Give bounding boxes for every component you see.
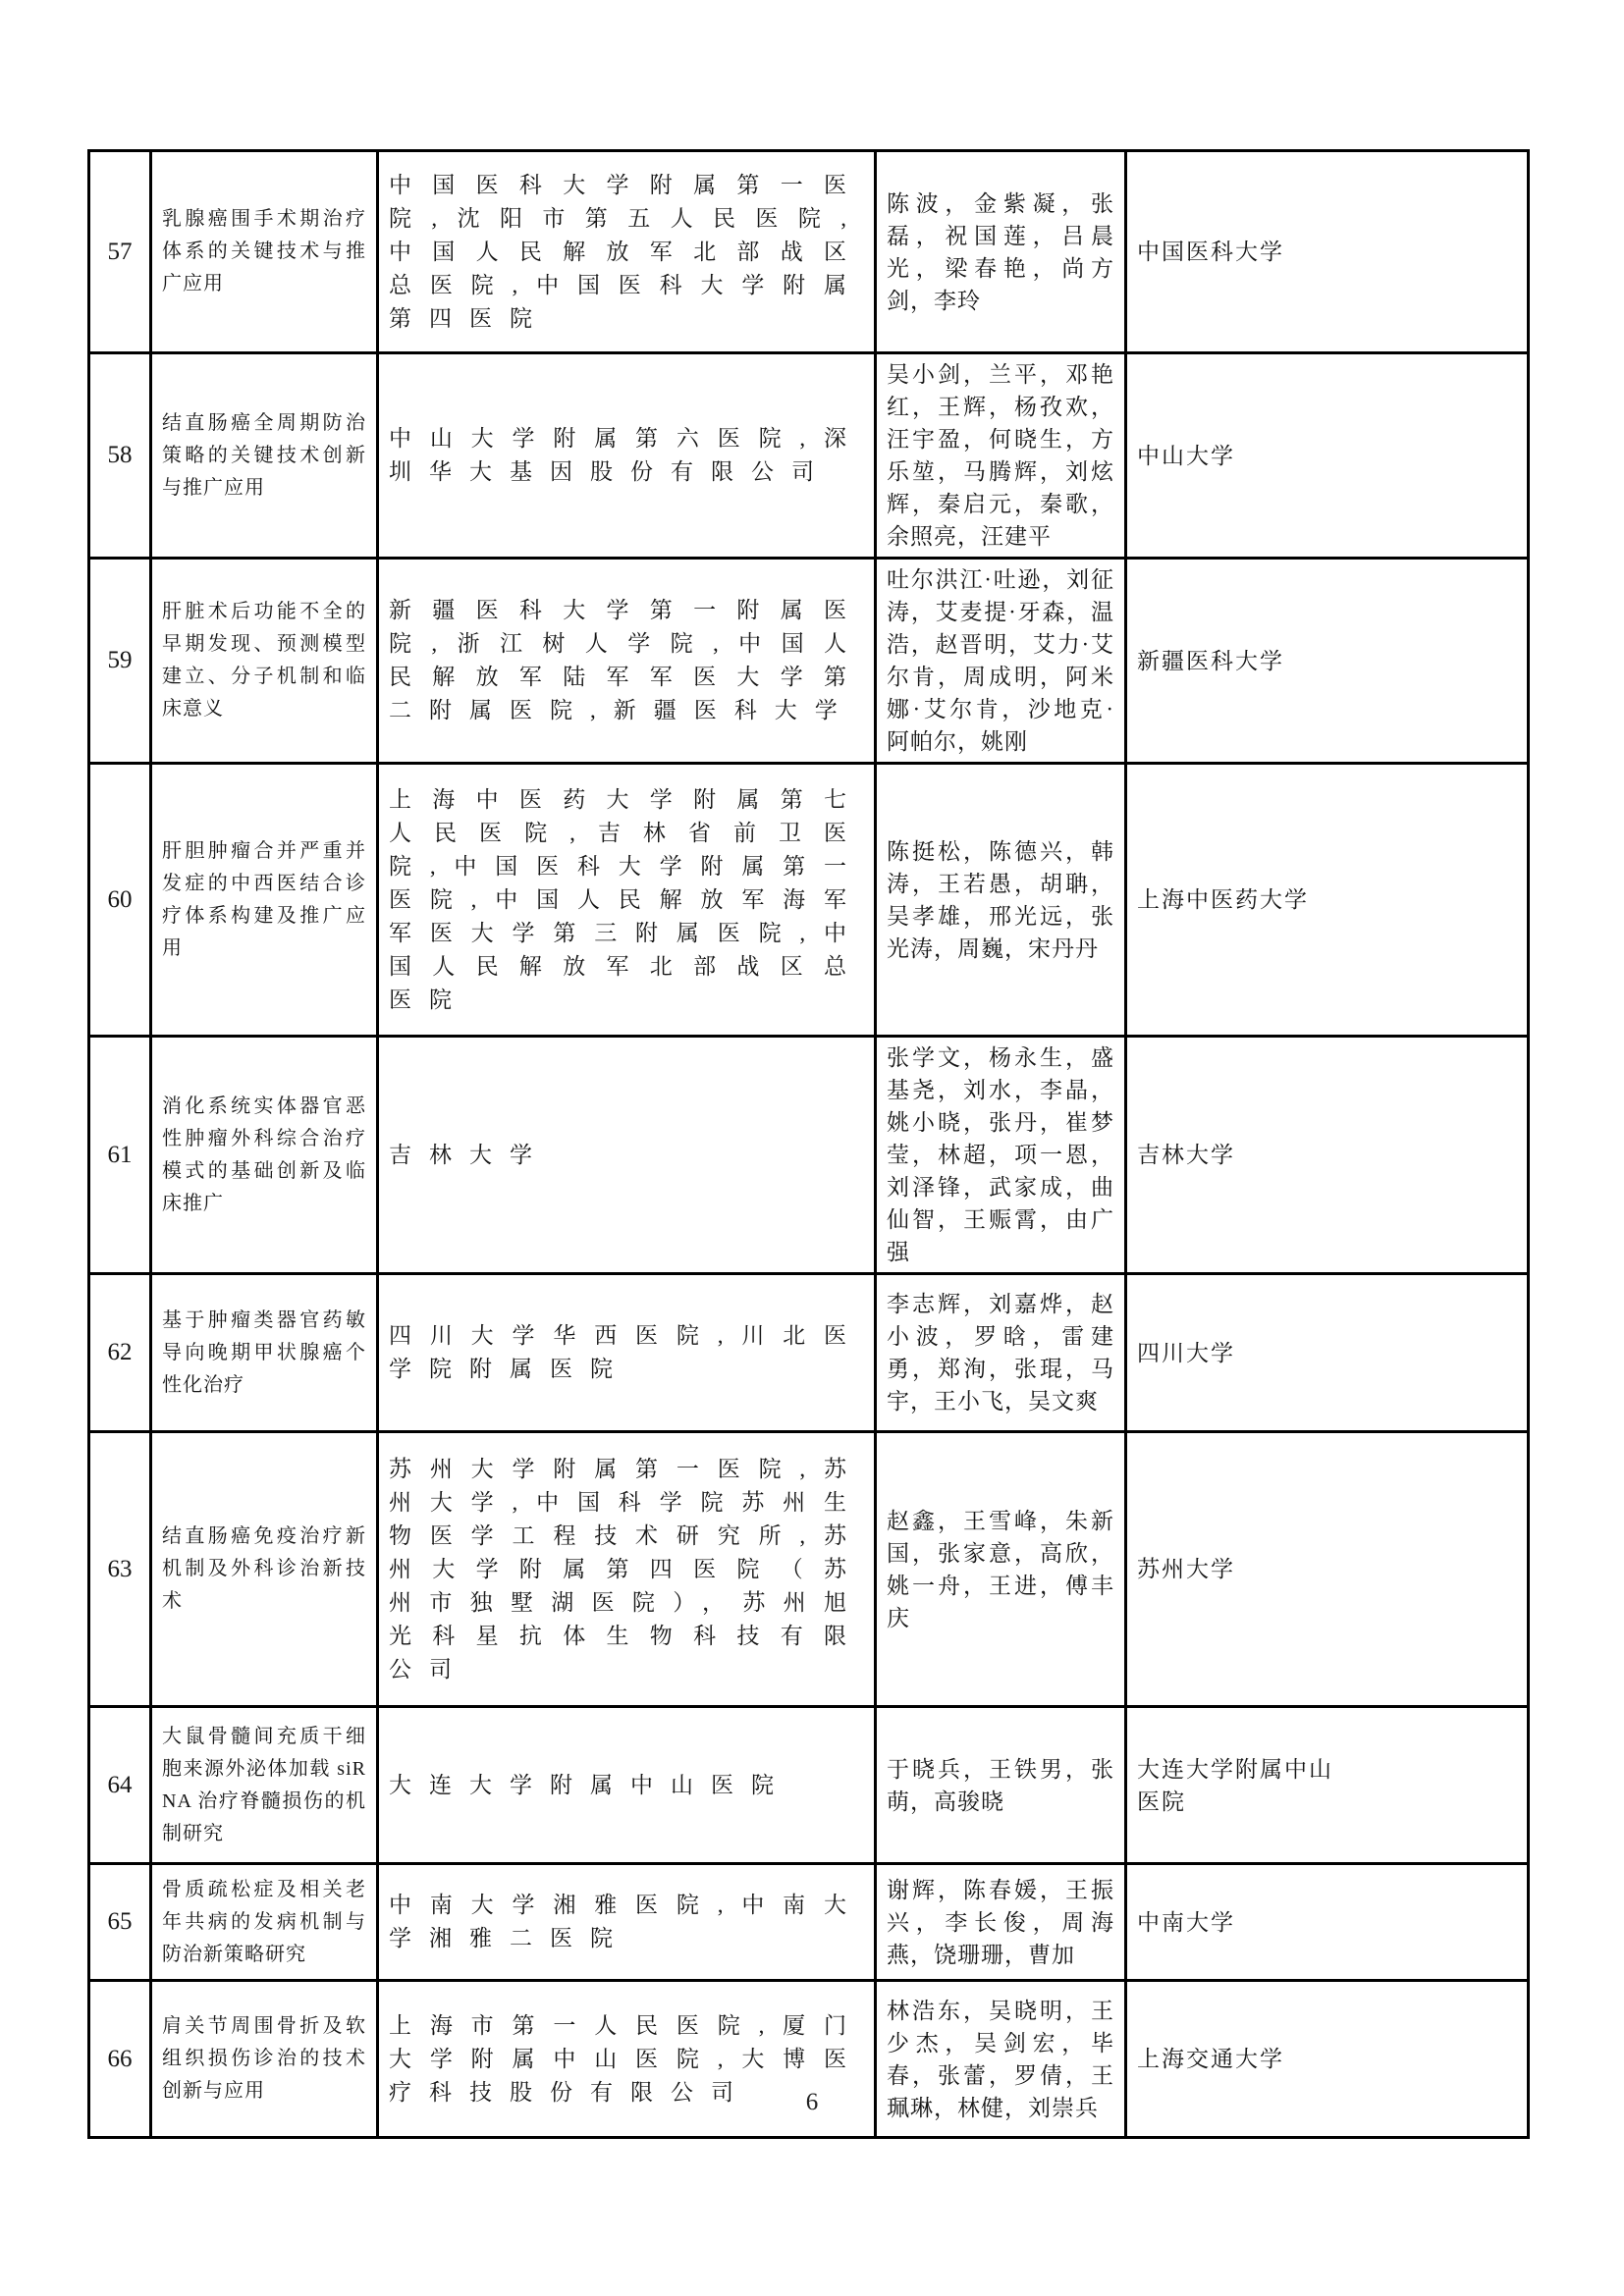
row-number: 65	[89, 1864, 151, 1981]
nominating-unit-text: 上海中医药大学	[1137, 883, 1348, 916]
organizations: 大连大学附属中山医院	[378, 1707, 876, 1864]
project-title: 大鼠骨髓间充质干细胞来源外泌体加载 siRNA 治疗脊髓损伤的机制研究	[151, 1707, 378, 1864]
row-number: 57	[89, 151, 151, 353]
table-row: 63 结直肠癌免疫治疗新机制及外科诊治新技术 苏州大学附属第一医院,苏州大学,中…	[89, 1432, 1529, 1707]
nominating-unit: 大连大学附属中山医院	[1126, 1707, 1529, 1864]
project-title: 骨质疏松症及相关老年共病的发病机制与防治新策略研究	[151, 1864, 378, 1981]
table-row: 59 肝脏术后功能不全的早期发现、预测模型建立、分子机制和临床意义 新疆医科大学…	[89, 559, 1529, 764]
organizations: 新疆医科大学第一附属医院,浙江树人学院,中国人民解放军陆军军医大学第二附属医院,…	[378, 559, 876, 764]
organizations: 苏州大学附属第一医院,苏州大学,中国科学院苏州生物医学工程技术研究所,苏州大学附…	[378, 1432, 876, 1707]
table-row: 60 肝胆肿瘤合并严重并发症的中西医结合诊疗体系构建及推广应用 上海中医药大学附…	[89, 764, 1529, 1037]
table-row: 65 骨质疏松症及相关老年共病的发病机制与防治新策略研究 中南大学湘雅医院,中南…	[89, 1864, 1529, 1981]
table-row: 64 大鼠骨髓间充质干细胞来源外泌体加载 siRNA 治疗脊髓损伤的机制研究 大…	[89, 1707, 1529, 1864]
row-number: 61	[89, 1037, 151, 1274]
organizations: 中山大学附属第六医院,深圳华大基因股份有限公司	[378, 353, 876, 559]
table-row: 61 消化系统实体器官恶性肿瘤外科综合治疗模式的基础创新及临床推广 吉林大学 张…	[89, 1037, 1529, 1274]
participants: 吐尔洪江·吐逊，刘征涛，艾麦提·牙森，温浩，赵晋明，艾力·艾尔肯，周成明，阿米娜…	[876, 559, 1126, 764]
organizations: 四川大学华西医院,川北医学院附属医院	[378, 1274, 876, 1432]
participants: 陈波，金紫凝，张磊，祝国莲，吕晨光，梁春艳，尚方剑，李玲	[876, 151, 1126, 353]
participants: 吴小剑，兰平，邓艳红，王辉，杨孜欢，汪宇盈，何晓生，方乐堃，马腾辉，刘炫辉，秦启…	[876, 353, 1126, 559]
row-number: 60	[89, 764, 151, 1037]
page-number: 6	[0, 2089, 1624, 2116]
award-project-table: 57 乳腺癌围手术期治疗体系的关键技术与推广应用 中国医科大学附属第一医院,沈阳…	[87, 149, 1530, 2139]
participants: 谢辉，陈春媛，王振兴，李长俊，周海燕，饶珊珊，曹加	[876, 1864, 1126, 1981]
participants: 陈挺松，陈德兴，韩涛，王若愚，胡聃，吴孝雄，邢光远，张光涛，周巍，宋丹丹	[876, 764, 1126, 1037]
nominating-unit: 中山大学	[1126, 353, 1529, 559]
document-page: 57 乳腺癌围手术期治疗体系的关键技术与推广应用 中国医科大学附属第一医院,沈阳…	[0, 0, 1624, 2296]
nominating-unit-text: 上海交通大学	[1137, 2043, 1348, 2075]
nominating-unit: 苏州大学	[1126, 1432, 1529, 1707]
row-number: 59	[89, 559, 151, 764]
nominating-unit-text: 大连大学附属中山医院	[1137, 1753, 1348, 1818]
project-title: 消化系统实体器官恶性肿瘤外科综合治疗模式的基础创新及临床推广	[151, 1037, 378, 1274]
nominating-unit: 吉林大学	[1126, 1037, 1529, 1274]
project-title: 乳腺癌围手术期治疗体系的关键技术与推广应用	[151, 151, 378, 353]
nominating-unit: 四川大学	[1126, 1274, 1529, 1432]
nominating-unit-text: 中国医科大学	[1137, 236, 1348, 268]
project-title: 基于肿瘤类器官药敏导向晚期甲状腺癌个性化治疗	[151, 1274, 378, 1432]
row-number: 64	[89, 1707, 151, 1864]
project-title: 结直肠癌全周期防治策略的关键技术创新与推广应用	[151, 353, 378, 559]
nominating-unit: 上海中医药大学	[1126, 764, 1529, 1037]
table-row: 57 乳腺癌围手术期治疗体系的关键技术与推广应用 中国医科大学附属第一医院,沈阳…	[89, 151, 1529, 353]
nominating-unit-text: 吉林大学	[1137, 1139, 1348, 1171]
organizations: 上海中医药大学附属第七人民医院,吉林省前卫医院,中国医科大学附属第一医院,中国人…	[378, 764, 876, 1037]
row-number: 63	[89, 1432, 151, 1707]
organizations: 中南大学湘雅医院,中南大学湘雅二医院	[378, 1864, 876, 1981]
nominating-unit: 中国医科大学	[1126, 151, 1529, 353]
nominating-unit: 中南大学	[1126, 1864, 1529, 1981]
participants: 于晓兵，王铁男，张萌，高骏晓	[876, 1707, 1126, 1864]
project-title: 肝胆肿瘤合并严重并发症的中西医结合诊疗体系构建及推广应用	[151, 764, 378, 1037]
row-number: 62	[89, 1274, 151, 1432]
table-row: 58 结直肠癌全周期防治策略的关键技术创新与推广应用 中山大学附属第六医院,深圳…	[89, 353, 1529, 559]
project-title: 肝脏术后功能不全的早期发现、预测模型建立、分子机制和临床意义	[151, 559, 378, 764]
participants: 李志辉，刘嘉烨，赵小波，罗晗，雷建勇，郑洵，张琨，马宇，王小飞，吴文爽	[876, 1274, 1126, 1432]
project-title: 结直肠癌免疫治疗新机制及外科诊治新技术	[151, 1432, 378, 1707]
row-number: 58	[89, 353, 151, 559]
nominating-unit: 新疆医科大学	[1126, 559, 1529, 764]
nominating-unit-text: 新疆医科大学	[1137, 645, 1348, 677]
table-row: 62 基于肿瘤类器官药敏导向晚期甲状腺癌个性化治疗 四川大学华西医院,川北医学院…	[89, 1274, 1529, 1432]
nominating-unit-text: 苏州大学	[1137, 1553, 1348, 1585]
organizations: 中国医科大学附属第一医院,沈阳市第五人民医院,中国人民解放军北部战区总医院,中国…	[378, 151, 876, 353]
nominating-unit-text: 中山大学	[1137, 440, 1348, 472]
nominating-unit-text: 中南大学	[1137, 1906, 1348, 1939]
organizations: 吉林大学	[378, 1037, 876, 1274]
nominating-unit-text: 四川大学	[1137, 1337, 1348, 1369]
participants: 赵鑫，王雪峰，朱新国，张家意，高欣，姚一舟，王进，傅丰庆	[876, 1432, 1126, 1707]
participants: 张学文，杨永生，盛基尧，刘水，李晶，姚小晓，张丹，崔梦莹，林超，项一恩，刘泽锋，…	[876, 1037, 1126, 1274]
